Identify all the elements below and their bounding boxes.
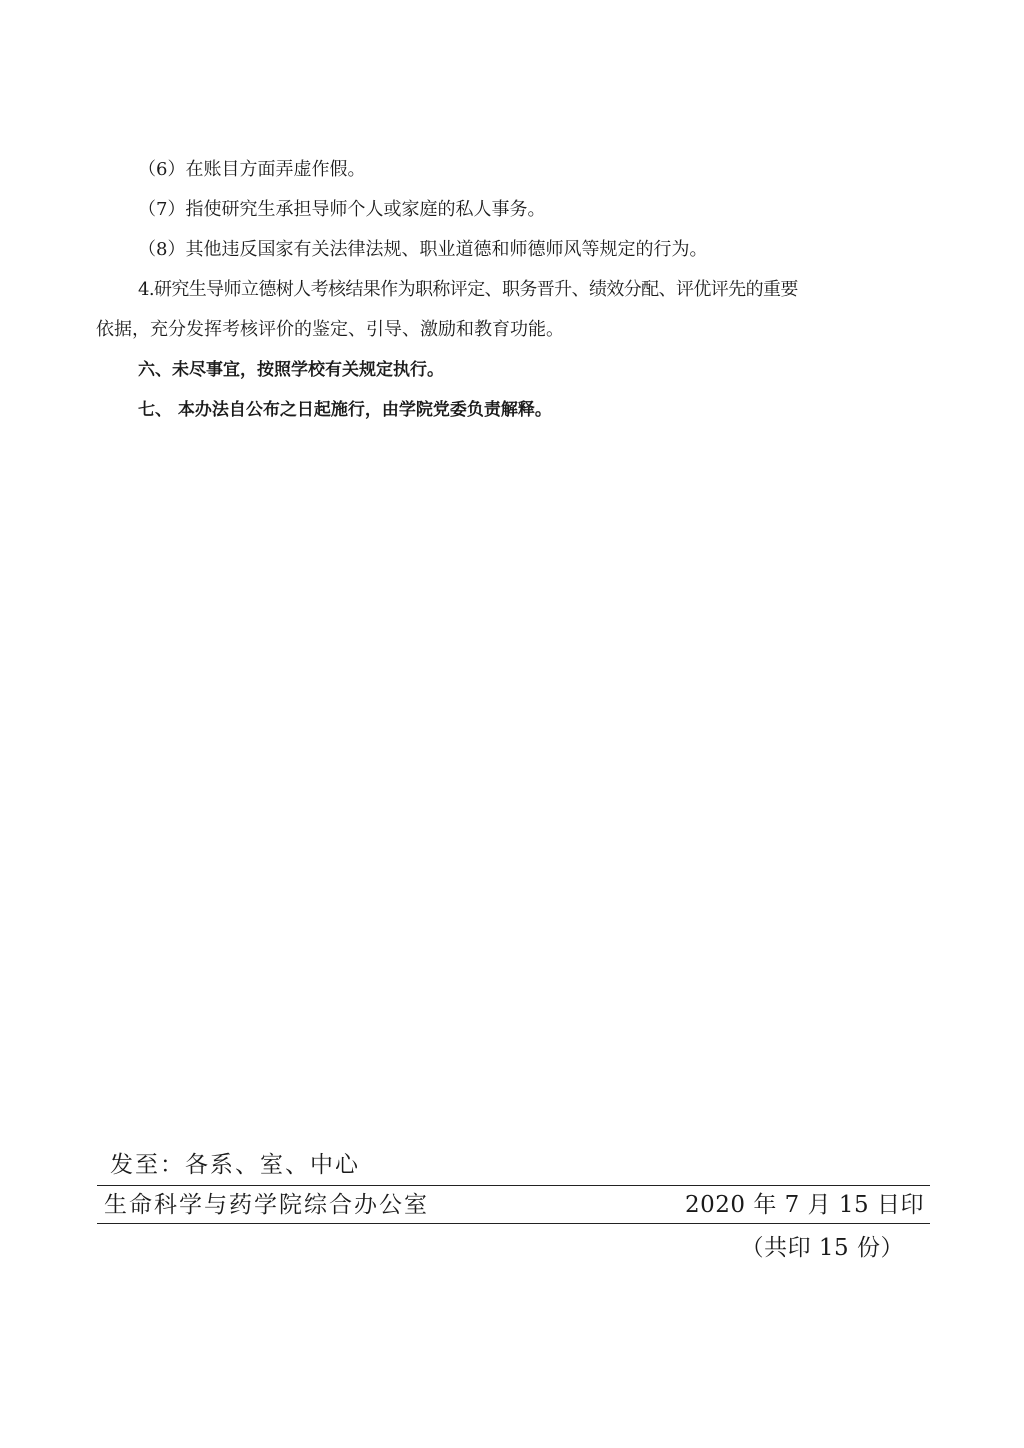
section-6-heading: 六、未尽事宜，按照学校有关规定执行。	[138, 358, 444, 382]
footer-bottom-rule	[97, 1223, 930, 1224]
section-7-heading: 七、 本办法自公布之日起施行，由学院党委负责解释。	[138, 398, 552, 422]
list-item-6: （6）在账目方面弄虚作假。	[138, 158, 365, 182]
copies-count: （共印 15 份）	[741, 1233, 904, 1263]
issuing-office: 生命科学与药学院综合办公室	[104, 1190, 429, 1220]
print-date: 2020 年 7 月 15 日印	[685, 1190, 924, 1220]
footer-top-rule	[97, 1185, 930, 1186]
list-item-8: （8）其他违反国家有关法律法规、职业道德和师德师风等规定的行为。	[138, 238, 707, 262]
paragraph-4-line-2: 依据，充分发挥考核评价的鉴定、引导、激励和教育功能。	[96, 318, 564, 342]
list-item-7: （7）指使研究生承担导师个人或家庭的私人事务。	[138, 198, 545, 222]
distribution-line: 发至：各系、室、中心	[110, 1150, 360, 1180]
paragraph-4-line-1: 4.研究生导师立德树人考核结果作为职称评定、职务晋升、绩效分配、评优评先的重要	[138, 278, 798, 302]
